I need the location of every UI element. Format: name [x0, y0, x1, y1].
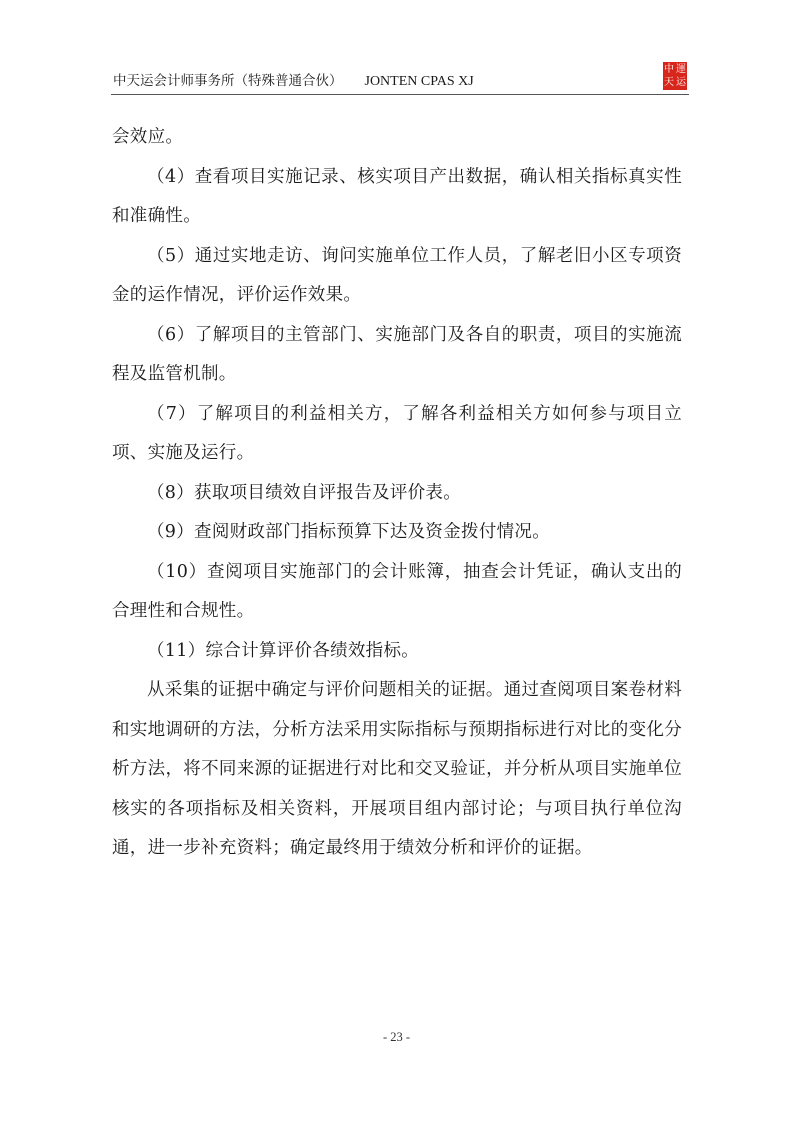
- paragraph: （6）了解项目的主管部门、实施部门及各自的职责，项目的实施流程及监管机制。: [112, 316, 682, 395]
- paragraph: （9）查阅财政部门指标预算下达及资金拨付情况。: [112, 513, 682, 553]
- paragraph: 会效应。: [112, 118, 682, 158]
- document-body: 会效应。 （4）查看项目实施记录、核实项目产出数据，确认相关指标真实性和准确性。…: [112, 118, 682, 869]
- paragraph: （8）获取项目绩效自评报告及评价表。: [112, 474, 682, 514]
- header-text: 中天运会计师事务所（特殊普通合伙）JONTEN CPAS XJ: [113, 69, 474, 90]
- paragraph: （7）了解项目的利益相关方，了解各利益相关方如何参与项目立项、实施及运行。: [112, 395, 682, 474]
- paragraph: （11）综合计算评价各绩效指标。: [112, 632, 682, 672]
- paragraph: （10）查阅项目实施部门的会计账簿，抽查会计凭证，确认支出的合理性和合规性。: [112, 553, 682, 632]
- paragraph: 从采集的证据中确定与评价问题相关的证据。通过查阅项目案卷材料和实地调研的方法，分…: [112, 671, 682, 869]
- logo-char: 天: [663, 76, 675, 89]
- paragraph: （4）查看项目实施记录、核实项目产出数据，确认相关指标真实性和准确性。: [112, 158, 682, 237]
- logo-char: 中: [663, 63, 675, 76]
- logo-char: 运: [675, 76, 687, 89]
- logo-char: 運: [675, 63, 687, 76]
- firm-name-cn: 中天运会计师事务所（特殊普通合伙）: [113, 73, 343, 89]
- page-number: - 23 -: [0, 1030, 793, 1045]
- firm-name-en: JONTEN CPAS XJ: [365, 74, 474, 89]
- firm-logo-icon: 中運天运: [663, 62, 687, 90]
- page-header: 中天运会计师事务所（特殊普通合伙）JONTEN CPAS XJ 中運天运: [111, 62, 689, 95]
- paragraph: （5）通过实地走访、询问实施单位工作人员，了解老旧小区专项资金的运作情况，评价运…: [112, 237, 682, 316]
